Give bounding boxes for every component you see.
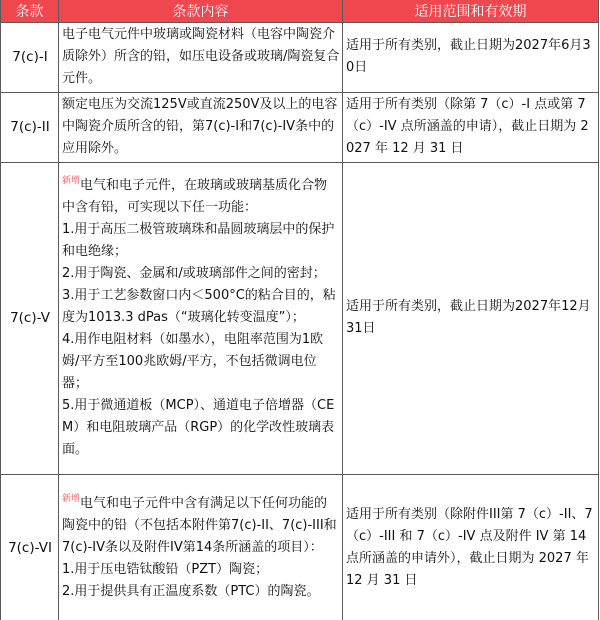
clause-scope: 适用于所有类别，截止日期为2027年6月30日 [343, 23, 599, 93]
content-line-1: 1.用于高压二极管玻璃珠和晶圆玻璃层中的保护和电绝缘； [62, 219, 340, 263]
clause-content: 额定电压为交流125V或直流250V及以上的电容中陶瓷介质所含的铅，第7(c)-… [59, 93, 343, 163]
content-line-3: 3.用于工艺参数窗口内＜500°C的粘合目的，粘度为1013.3 dPas（“玻… [62, 285, 340, 329]
clause-content: 新增电气和电子元件中含有满足以下任何功能的陶瓷中的铅（不包括本附件第7(c)-I… [59, 475, 343, 620]
content-line-0: 新增电气和电子元件中含有满足以下任何功能的陶瓷中的铅（不包括本附件第7(c)-I… [62, 493, 340, 559]
content-text: 电气和电子元件，在玻璃或玻璃基质化合物中含有铅，可实现以下任一功能： [62, 178, 327, 215]
header-clause: 条款 [1, 0, 59, 23]
new-tag: 新增 [62, 176, 80, 186]
clause-code: 7(c)-V [1, 163, 59, 475]
table-row: 7(c)-VI 新增电气和电子元件中含有满足以下任何功能的陶瓷中的铅（不包括本附… [1, 475, 599, 620]
clause-code: 7(c)-VI [1, 475, 59, 620]
exemption-table: 条款 条款内容 适用范围和有效期 7(c)-I 电子电气元件中玻璃或陶瓷材料（电… [0, 0, 599, 620]
clause-code: 7(c)-II [1, 93, 59, 163]
content-line-0: 新增电气和电子元件，在玻璃或玻璃基质化合物中含有铅，可实现以下任一功能： [62, 175, 340, 219]
clause-scope: 适用于所有类别，截止日期为2027年12月31日 [343, 163, 599, 475]
content-line-4: 4.用作电阻材料（如墨水），电阻率范围为1欧姆/平方至100兆欧姆/平方，不包括… [62, 329, 340, 395]
table-row: 7(c)-II 额定电压为交流125V或直流250V及以上的电容中陶瓷介质所含的… [1, 93, 599, 163]
header-scope: 适用范围和有效期 [343, 0, 599, 23]
clause-code: 7(c)-I [1, 23, 59, 93]
header-content: 条款内容 [59, 0, 343, 23]
clause-content: 新增电气和电子元件，在玻璃或玻璃基质化合物中含有铅，可实现以下任一功能： 1.用… [59, 163, 343, 475]
content-text: 电气和电子元件中含有满足以下任何功能的陶瓷中的铅（不包括本附件第7(c)-II、… [62, 496, 337, 555]
clause-scope: 适用于所有类别（除第 7（c）-I 点或第 7（c）-IV 点所涵盖的申请），截… [343, 93, 599, 163]
content-line-2: 2.用于陶瓷、金属和/或玻璃部件之间的密封； [62, 263, 340, 285]
table-row: 7(c)-V 新增电气和电子元件，在玻璃或玻璃基质化合物中含有铅，可实现以下任一… [1, 163, 599, 475]
content-line-1: 1.用于压电锆钛酸铅（PZT）陶瓷； [62, 559, 340, 581]
clause-scope: 适用于所有类别（除附件III第 7（c）-II、7（c）-III 和 7（c）-… [343, 475, 599, 620]
content-line-5: 5.用于微通道板（MCP）、通道电子倍增器（CEM）和电阻玻璃产品（RGP）的化… [62, 395, 340, 461]
content-line-2: 2.用于提供具有正温度系数（PTC）的陶瓷。 [62, 581, 340, 603]
clause-content: 电子电气元件中玻璃或陶瓷材料（电容中陶瓷介质除外）所含的铅，如压电设备或玻璃/陶… [59, 23, 343, 93]
table-row: 7(c)-I 电子电气元件中玻璃或陶瓷材料（电容中陶瓷介质除外）所含的铅，如压电… [1, 23, 599, 93]
table-header-row: 条款 条款内容 适用范围和有效期 [1, 0, 599, 23]
new-tag: 新增 [62, 494, 80, 504]
